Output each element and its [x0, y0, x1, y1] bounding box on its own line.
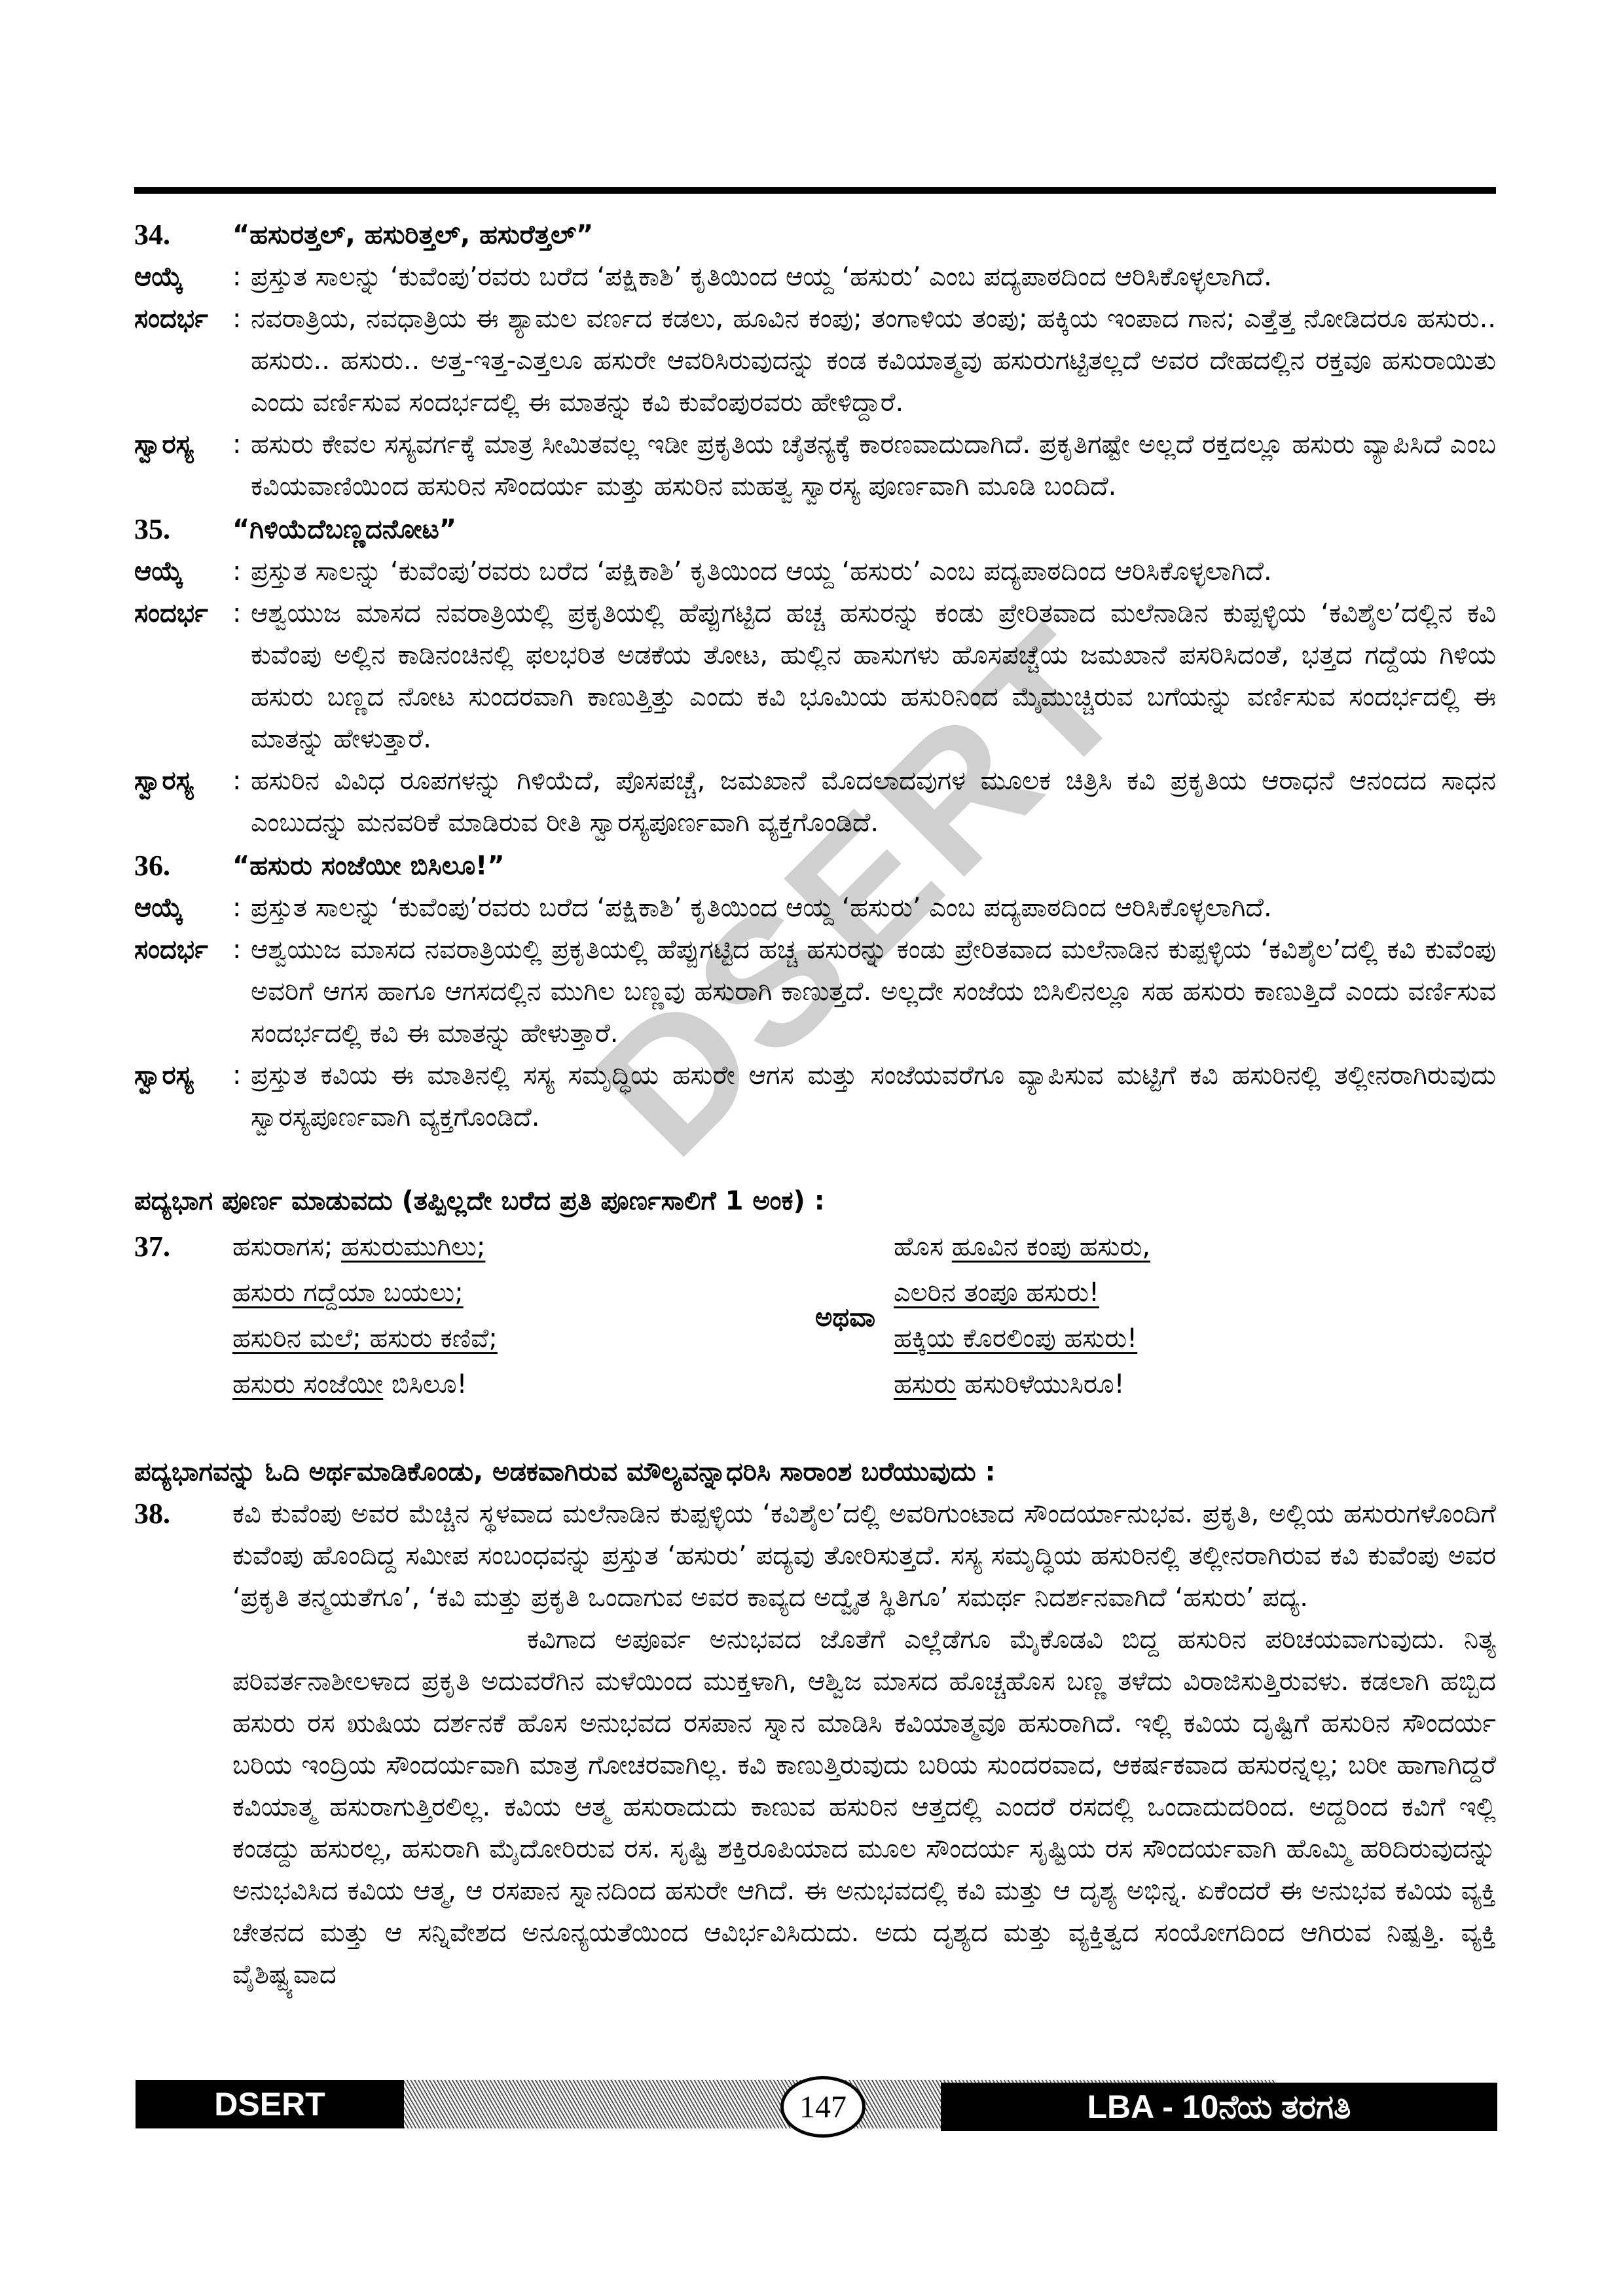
- field-text: ಪ್ರಸ್ತುತ ಸಾಲನ್ನು ‘ಕುವೆಂಪು’ರವರು ಬರೆದ ‘ಪಕ್…: [251, 887, 1496, 929]
- field-context: ಸಂದರ್ಭ: ಆಶ್ವಯುಜ ಮಾಸದ ನವರಾತ್ರಿಯಲ್ಲಿ ಪ್ರಕೃ…: [134, 929, 1496, 1054]
- poem-right-column: ಹೊಸ ಹೂವಿನ ಕಂಪು ಹಸುರು, ಎಲರಿನ ತಂಪೂ ಹಸುರು! …: [894, 1226, 1496, 1409]
- poem-line: ಹಸುರಾಗಸ; ಹಸುರುಮುಗಿಲು;: [232, 1226, 684, 1272]
- summary-answer: 38. ಕವಿ ಕುವೆಂಪು ಅವರ ಮೆಚ್ಚಿನ ಸ್ಥಳವಾದ ಮಲೆನ…: [134, 1493, 1496, 1996]
- field-label: ಸಂದರ್ಭ: [134, 592, 232, 760]
- page-footer: DSERT 147 LBA - 10ನೆಯ ತರಗತಿ: [136, 2080, 1497, 2143]
- poem-line: ಹಸುರು ಹಸುರಿಳೆಯುಸಿರೂ!: [894, 1363, 1496, 1409]
- field-label: ಆಯ್ಕೆ: [134, 887, 232, 929]
- question-36: 36. “ಹಸುರು ಸಂಜೆಯೀ ಬಿಸಿಲೂ!” ಆಯ್ಕೆ: ಪ್ರಸ್ತ…: [134, 845, 1496, 1138]
- summary-paragraph-1: ಕವಿ ಕುವೆಂಪು ಅವರ ಮೆಚ್ಚಿನ ಸ್ಥಳವಾದ ಮಲೆನಾಡಿನ…: [232, 1493, 1496, 1619]
- field-text: ಪ್ರಸ್ತುತ ಸಾಲನ್ನು ‘ಕುವೆಂಪು’ರವರು ಬರೆದ ‘ಪಕ್…: [251, 550, 1496, 592]
- field-significance: ಸ್ವಾರಸ್ಯ: ಪ್ರಸ್ತುತ ಕವಿಯ ಈ ಮಾತಿನಲ್ಲಿ ಸಸ್ಯ…: [134, 1054, 1496, 1138]
- field-text: ಹಸುರು ಕೇವಲ ಸಸ್ಯವರ್ಗಕ್ಕೆ ಮಾತ್ರ ಸೀಮಿತವಲ್ಲ …: [251, 423, 1496, 507]
- poem-line: ಹಕ್ಕಿಯ ಕೊರಲಿಂಪು ಹಸುರು!: [894, 1318, 1496, 1363]
- field-selection: ಆಯ್ಕೆ: ಪ್ರಸ್ತುತ ಸಾಲನ್ನು ‘ಕುವೆಂಪು’ರವರು ಬರ…: [134, 256, 1496, 298]
- field-text: ಪ್ರಸ್ತುತ ಕವಿಯ ಈ ಮಾತಿನಲ್ಲಿ ಸಸ್ಯ ಸಮೃದ್ಧಿಯ …: [251, 1054, 1496, 1138]
- question-heading: 36. “ಹಸುರು ಸಂಜೆಯೀ ಬಿಸಿಲೂ!”: [134, 845, 1496, 887]
- page-content: 34. “ಹಸುರತ್ತಲ್, ಹಸುರಿತ್ತಲ್, ಹಸುರೆತ್ತಲ್” …: [134, 213, 1496, 1996]
- top-rule: [134, 187, 1496, 194]
- poem-line: ಹೊಸ ಹೂವಿನ ಕಂಪು ಹಸುರು,: [894, 1226, 1496, 1272]
- field-label: ಆಯ್ಕೆ: [134, 256, 232, 298]
- question-35: 35. “ಗಿಳಿಯೆದೆಬಣ್ಣದನೋಟ” ಆಯ್ಕೆ: ಪ್ರಸ್ತುತ ಸ…: [134, 509, 1496, 844]
- poem-line: ಹಸುರಿನ ಮಲೆ; ಹಸುರು ಕಣಿವೆ;: [232, 1318, 684, 1363]
- field-text: ಆಶ್ವಯುಜ ಮಾಸದ ನವರಾತ್ರಿಯಲ್ಲಿ ಪ್ರಕೃತಿಯಲ್ಲಿ …: [251, 592, 1496, 760]
- poem-line: ಎಲರಿನ ತಂಪೂ ಹಸುರು!: [894, 1272, 1496, 1318]
- field-label: ಸಂದರ್ಭ: [134, 929, 232, 1054]
- field-significance: ಸ್ವಾರಸ್ಯ: ಹಸುರಿನ ವಿವಿಧ ರೂಪಗಳನ್ನು ಗಿಳಿಯೆದ…: [134, 760, 1496, 844]
- question-number: 36.: [134, 845, 232, 887]
- question-heading: 34. “ಹಸುರತ್ತಲ್, ಹಸುರಿತ್ತಲ್, ಹಸುರೆತ್ತಲ್”: [134, 214, 1496, 256]
- field-text: ಆಶ್ವಯುಜ ಮಾಸದ ನವರಾತ್ರಿಯಲ್ಲಿ ಪ್ರಕೃತಿಯಲ್ಲಿ …: [251, 929, 1496, 1054]
- page-number: 147: [780, 2076, 866, 2138]
- question-title: “ಹಸುರು ಸಂಜೆಯೀ ಬಿಸಿಲೂ!”: [232, 845, 1496, 887]
- question-title: “ಗಿಳಿಯೆದೆಬಣ್ಣದನೋಟ”: [232, 509, 1496, 550]
- field-selection: ಆಯ್ಕೆ: ಪ್ರಸ್ತುತ ಸಾಲನ್ನು ‘ಕುವೆಂಪು’ರವರು ಬರ…: [134, 550, 1496, 592]
- question-number: 35.: [134, 509, 232, 550]
- poem-left-column: ಹಸುರಾಗಸ; ಹಸುರುಮುಗಿಲು; ಹಸುರು ಗದ್ದೆಯಾ ಬಯಲು…: [232, 1226, 684, 1409]
- poem-completion: 37. ಹಸುರಾಗಸ; ಹಸುರುಮುಗಿಲು; ಹಸುರು ಗದ್ದೆಯಾ …: [134, 1226, 1496, 1409]
- summary-paragraph-2: ಕವಿಗಾದ ಅಪೂರ್ವ ಅನುಭವದ ಜೊತೆಗೆ ಎಲ್ಲೆಡೆಗೂ ಮೈ…: [232, 1619, 1496, 1996]
- section-heading-complete-poem: ಪದ್ಯಭಾಗ ಪೂರ್ಣ ಮಾಡುವದು (ತಪ್ಪಿಲ್ಲದೇ ಬರೆದ ಪ…: [134, 1180, 1496, 1222]
- question-heading: 35. “ಗಿಳಿಯೆದೆಬಣ್ಣದನೋಟ”: [134, 509, 1496, 550]
- field-text: ನವರಾತ್ರಿಯ, ನವಧಾತ್ರಿಯ ಈ ಶ್ಯಾಮಲ ವರ್ಣದ ಕಡಲು…: [251, 298, 1496, 423]
- field-context: ಸಂದರ್ಭ: ನವರಾತ್ರಿಯ, ನವಧಾತ್ರಿಯ ಈ ಶ್ಯಾಮಲ ವರ…: [134, 298, 1496, 423]
- section-heading-summary: ಪದ್ಯಭಾಗವನ್ನು ಓದಿ ಅರ್ಥಮಾಡಿಕೊಂಡು, ಅಡಕವಾಗಿರ…: [134, 1451, 1496, 1493]
- question-number: 37.: [134, 1226, 232, 1409]
- question-34: 34. “ಹಸುರತ್ತಲ್, ಹಸುರಿತ್ತಲ್, ಹಸುರೆತ್ತಲ್” …: [134, 214, 1496, 507]
- field-label: ಆಯ್ಕೆ: [134, 550, 232, 592]
- field-label: ಸ್ವಾರಸ್ಯ: [134, 760, 232, 844]
- field-text: ಪ್ರಸ್ತುತ ಸಾಲನ್ನು ‘ಕುವೆಂಪು’ರವರು ಬರೆದ ‘ಪಕ್…: [251, 256, 1496, 298]
- question-number: 34.: [134, 214, 232, 256]
- poem-line: ಹಸುರು ಗದ್ದೆಯಾ ಬಯಲು;: [232, 1272, 684, 1318]
- question-title: “ಹಸುರತ್ತಲ್, ಹಸುರಿತ್ತಲ್, ಹಸುರೆತ್ತಲ್”: [232, 214, 1496, 256]
- field-label: ಸ್ವಾರಸ್ಯ: [134, 1054, 232, 1138]
- field-selection: ಆಯ್ಕೆ: ಪ್ರಸ್ತುತ ಸಾಲನ್ನು ‘ಕುವೆಂಪು’ರವರು ಬರ…: [134, 887, 1496, 929]
- footer-class-label: LBA - 10ನೆಯ ತರಗತಿ: [941, 2083, 1497, 2131]
- footer-publisher: DSERT: [136, 2080, 404, 2128]
- or-label: ಅಥವಾ: [684, 1297, 894, 1338]
- field-label: ಸಂದರ್ಭ: [134, 298, 232, 423]
- field-text: ಹಸುರಿನ ವಿವಿಧ ರೂಪಗಳನ್ನು ಗಿಳಿಯೆದೆ, ಪೊಸಪಚ್ಚ…: [251, 760, 1496, 844]
- field-significance: ಸ್ವಾರಸ್ಯ: ಹಸುರು ಕೇವಲ ಸಸ್ಯವರ್ಗಕ್ಕೆ ಮಾತ್ರ …: [134, 423, 1496, 507]
- poem-or-column: ಅಥವಾ: [684, 1226, 894, 1409]
- question-number: 38.: [134, 1493, 232, 1996]
- field-context: ಸಂದರ್ಭ: ಆಶ್ವಯುಜ ಮಾಸದ ನವರಾತ್ರಿಯಲ್ಲಿ ಪ್ರಕೃ…: [134, 592, 1496, 760]
- poem-line: ಹಸುರು ಸಂಜೆಯೀ ಬಿಸಿಲೂ!: [232, 1363, 684, 1409]
- field-label: ಸ್ವಾರಸ್ಯ: [134, 423, 232, 507]
